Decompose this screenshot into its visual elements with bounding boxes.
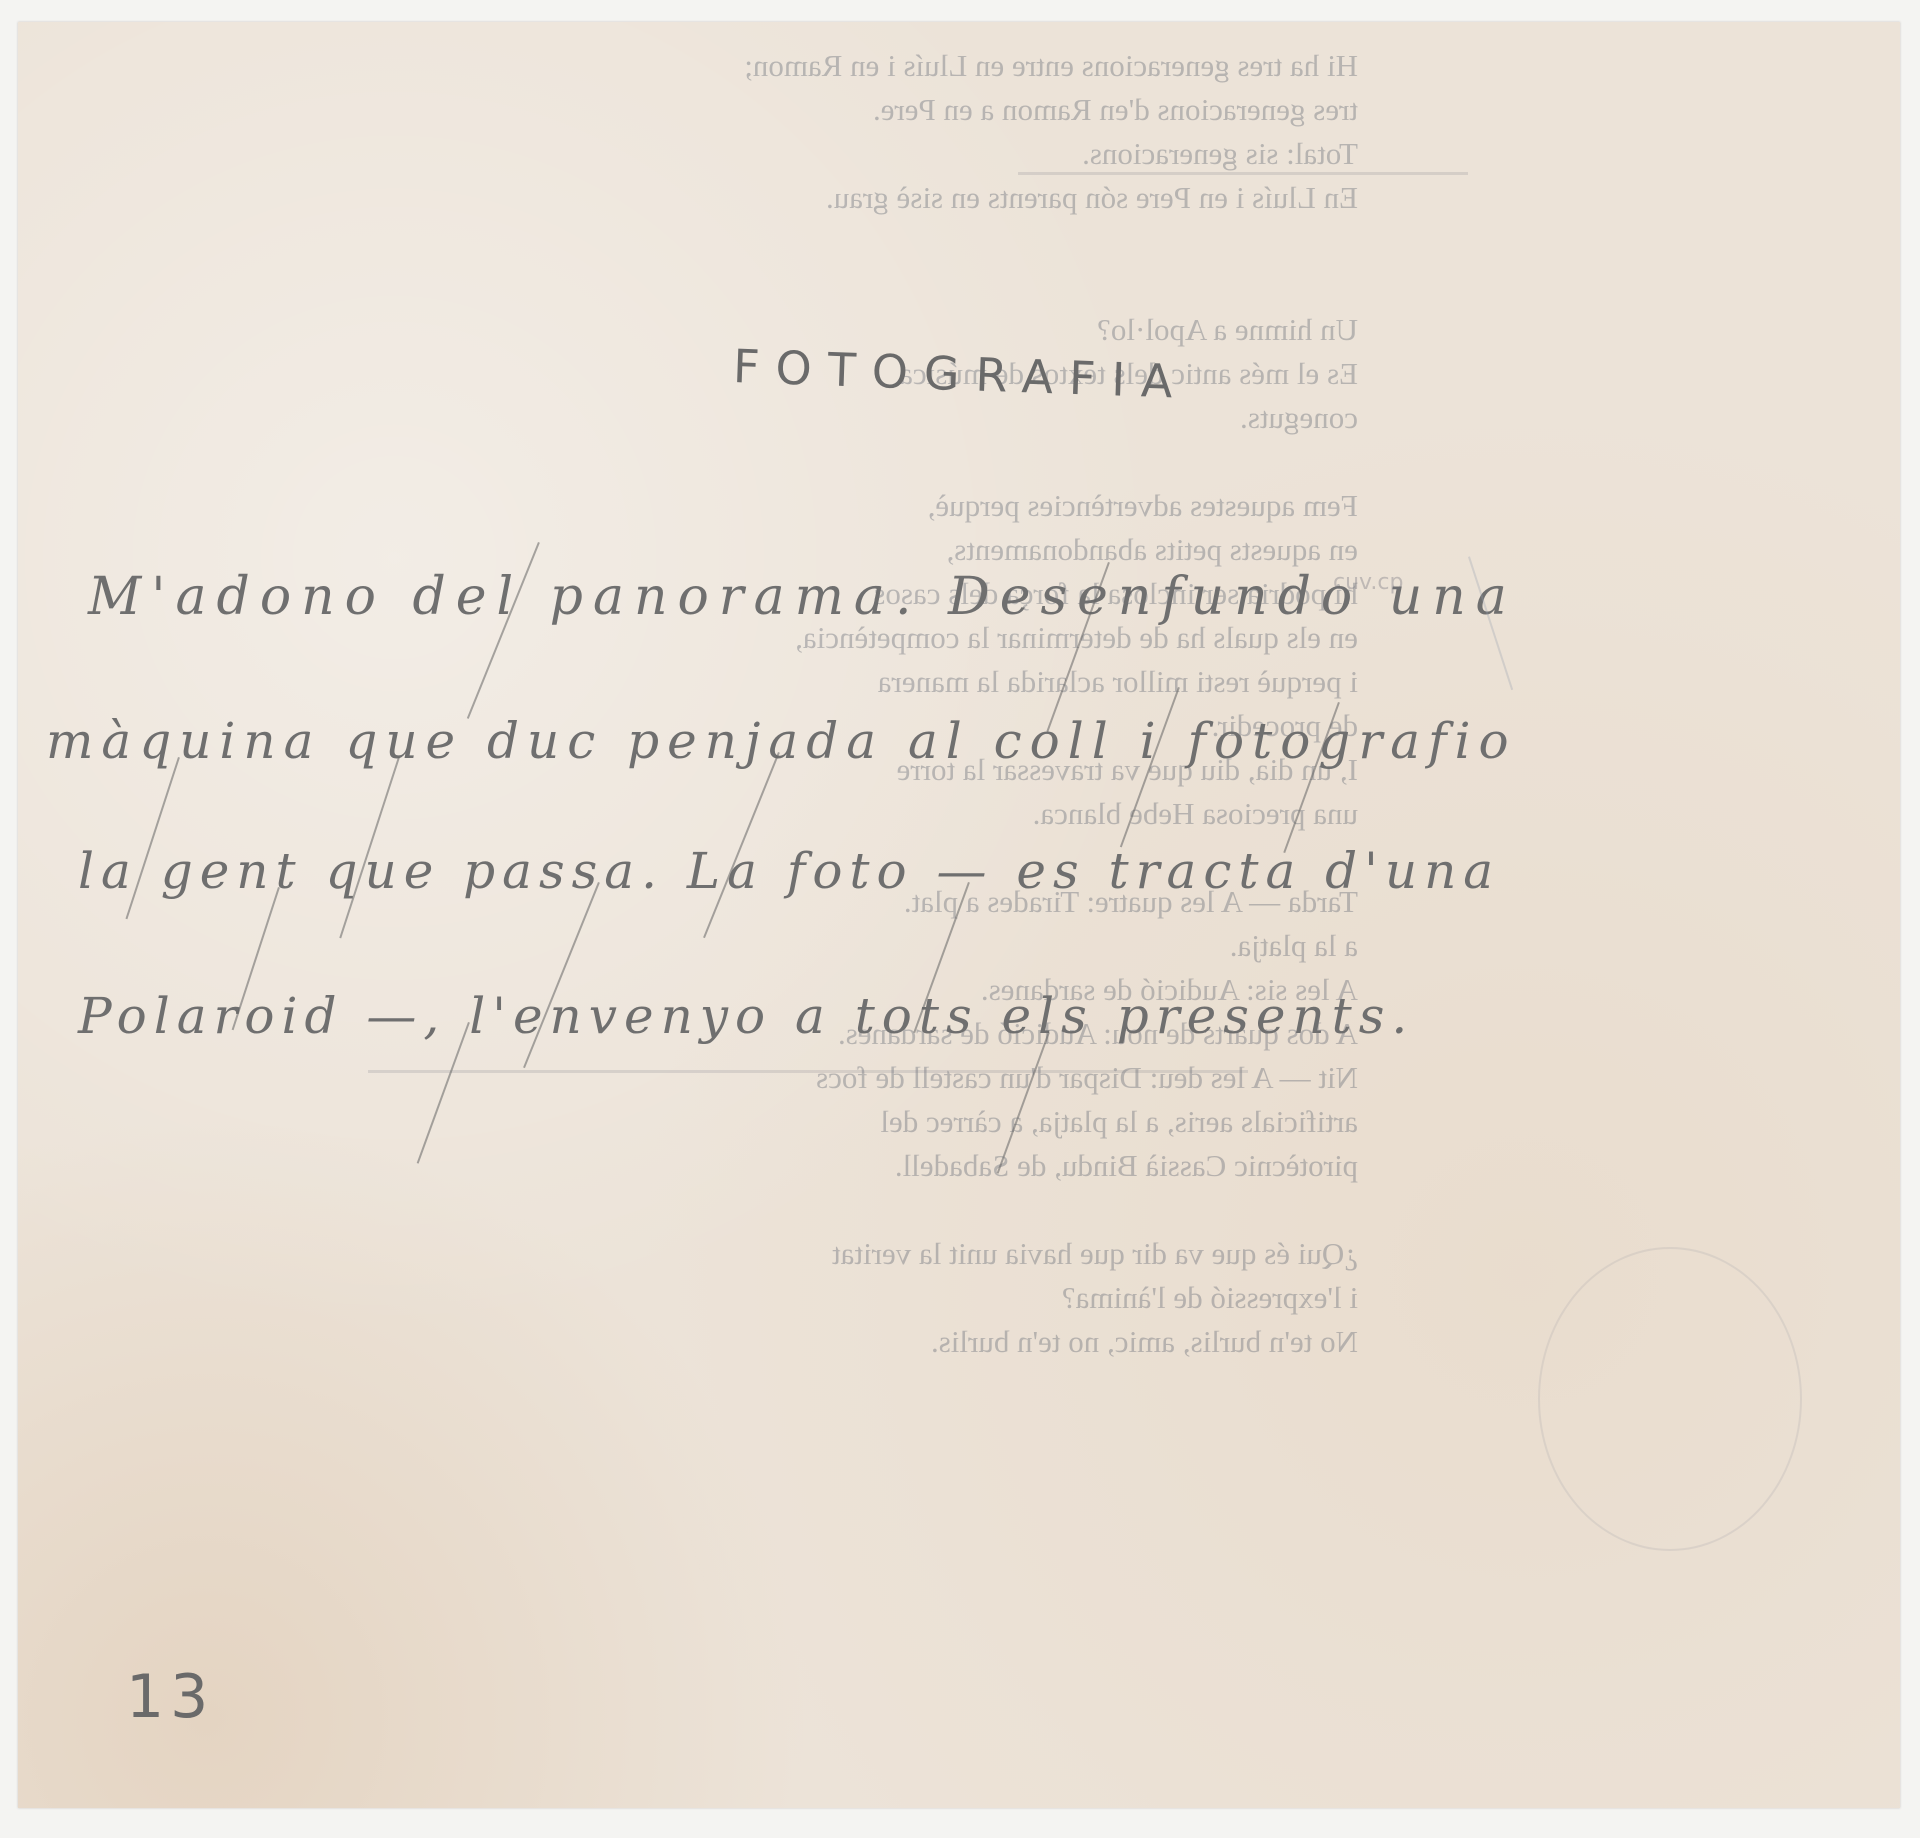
bleed-line: Un himne a Apol·lo? <box>578 308 1358 352</box>
bleed-line: Total: sis generacions. <box>578 132 1358 176</box>
bleed-line: artificials aeris, a la platja, a càrrec… <box>578 1100 1358 1144</box>
bleed-line: a la platja. <box>578 924 1358 968</box>
page-number: 13 <box>126 1662 214 1732</box>
margin-mark: cuv.cp <box>1333 570 1403 595</box>
bleed-line: Nit — A les deu: Dispar d'un castell de … <box>578 1056 1358 1100</box>
bleed-line: una preciosa Hebe blanca. <box>578 792 1358 836</box>
bleed-line: No te'n burlis, amic, no te'n burlis. <box>578 1320 1358 1364</box>
paper-sheet: Hi ha tres generacions entre en Lluís i … <box>18 22 1900 1808</box>
handwritten-line-1: M'adono del panorama. Desenfundo una <box>88 567 1517 627</box>
handwritten-line-2: màquina que duc penjada al coll i fotogr… <box>46 712 1517 770</box>
handwritten-line-3: la gent que passa. La foto — es tracta d… <box>78 842 1500 900</box>
ghost-stamp-arc <box>1538 1247 1802 1551</box>
bleed-line: coneguts. <box>578 396 1358 440</box>
handwritten-line-4: Polaroid —, l'envenyo a tots els present… <box>78 987 1414 1045</box>
bleed-line: ¿Qui és que va dir que havia unit la ver… <box>578 1232 1358 1276</box>
bleed-through-text: Hi ha tres generacions entre en Lluís i … <box>578 44 1358 1364</box>
bleed-line: tres generacions d'en Ramon a en Pere. <box>578 88 1358 132</box>
bleed-line: i perquè resti millor aclarida la manera <box>578 660 1358 704</box>
bleed-line: En Lluís i en Pere són parents en sisè g… <box>578 176 1358 220</box>
bleed-line: Fem aquestes advertències perquè, <box>578 484 1358 528</box>
bleed-line: en aquests petits abandonaments, <box>578 528 1358 572</box>
bleed-rule <box>1018 172 1468 175</box>
bleed-rule <box>368 1070 1248 1073</box>
bleed-line: pirotècnic Cassià Bindu, de Sabadell. <box>578 1144 1358 1188</box>
bleed-line: i l'expressió de l'ànima? <box>578 1276 1358 1320</box>
bleed-line: Hi ha tres generacions entre en Lluís i … <box>578 44 1358 88</box>
